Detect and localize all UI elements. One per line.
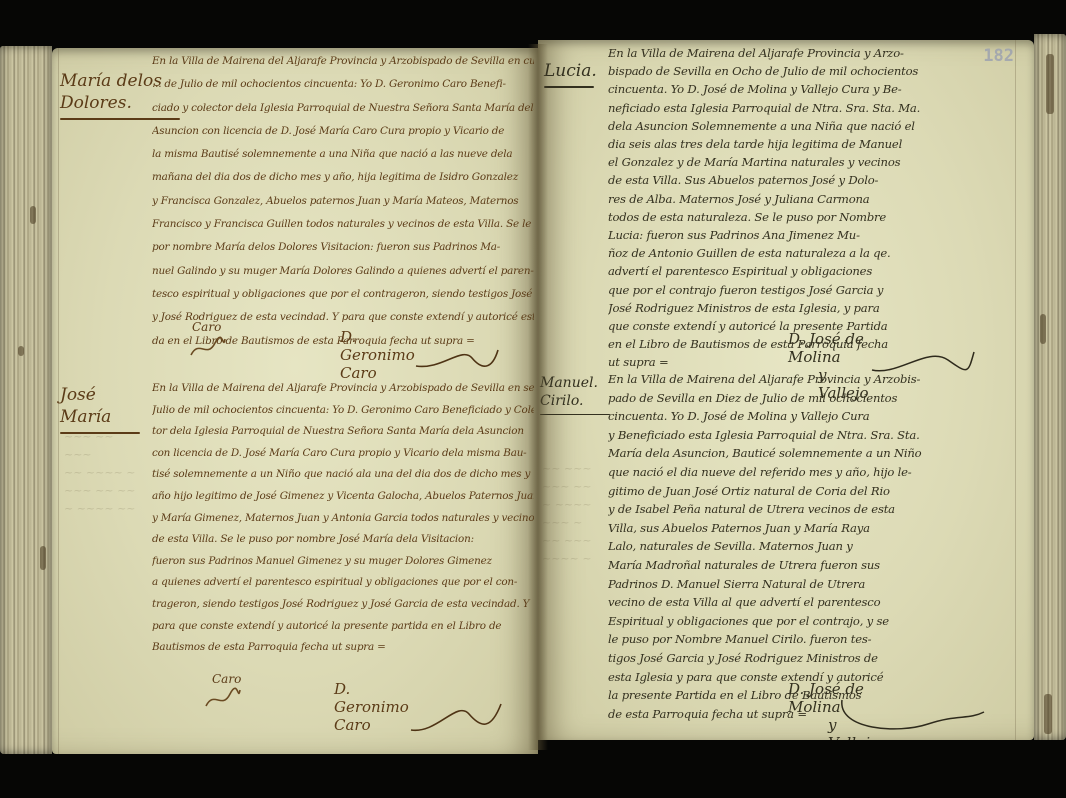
entry-margin-name: José María bbox=[60, 384, 140, 434]
right-page-stack-edge bbox=[1034, 34, 1066, 740]
rubric-flourish-icon bbox=[202, 684, 242, 712]
entry-margin-name: Lucia. bbox=[544, 60, 597, 88]
entry-body-text: En la Villa de Mairena del Aljarafe Prov… bbox=[152, 378, 534, 659]
signature-rubric-icon bbox=[412, 340, 502, 374]
priest-signature: D. Geronimo Caro bbox=[340, 328, 415, 382]
bleed-through-text: ~~~ ~~ ~~~~~ ~~~~ ~~~~ ~~ ~~~ ~~~~ ~~ bbox=[64, 428, 144, 518]
margin-rule bbox=[58, 48, 59, 754]
entry-body-text: En la Villa de Mairena del Aljarafe Prov… bbox=[608, 370, 1018, 723]
marginal-note-caro: Caro bbox=[192, 320, 221, 334]
entry-body-text: En la Villa de Mairena del Aljarafe Prov… bbox=[152, 50, 534, 353]
left-page-stack-edge bbox=[0, 46, 52, 754]
priest-signature: D. Geronimo Caro bbox=[334, 680, 409, 734]
left-page: María delos Dolores. En la Villa de Mair… bbox=[52, 48, 538, 754]
signature-rubric-icon bbox=[407, 690, 507, 740]
entry-margin-name: Manuel. Cirilo. bbox=[540, 374, 610, 415]
bleed-through-text: ~~ ~~~~~~ ~~~ ~~~~~~~ ~~~ ~~~~~~~ ~ bbox=[542, 460, 602, 568]
signature-rubric-icon bbox=[838, 690, 988, 734]
rubric-flourish-icon bbox=[187, 333, 227, 361]
scanned-book-spread: María delos Dolores. En la Villa de Mair… bbox=[0, 0, 1066, 798]
entry-body-text: En la Villa de Mairena del Aljarafe Prov… bbox=[608, 44, 1018, 372]
right-page: 182 Lucia. En la Villa de Mairena del Al… bbox=[538, 40, 1034, 740]
